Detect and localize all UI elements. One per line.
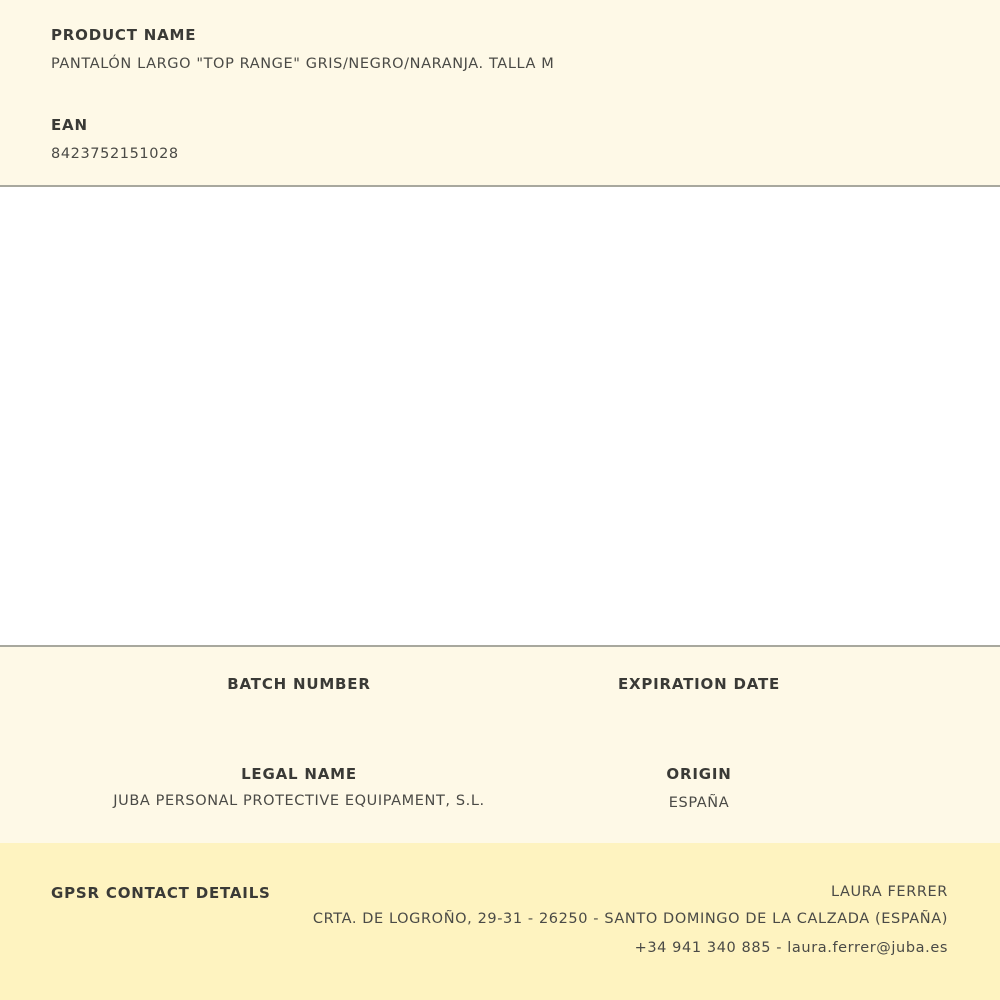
gpsr-address: CRTA. DE LOGROÑO, 29-31 - 26250 - SANTO … [313,911,948,927]
product-name-label: PRODUCT NAME [51,26,196,44]
legal-name-value: JUBA PERSONAL PROTECTIVE EQUIPAMENT, S.L… [113,793,485,809]
info-section: BATCH NUMBER EXPIRATION DATE LEGAL NAME … [0,645,1000,845]
gpsr-phone-email: +34 941 340 885 - laura.ferrer@juba.es [635,940,948,956]
ean-label: EAN [51,116,88,134]
expiration-date-label: EXPIRATION DATE [618,675,780,693]
batch-number-label: BATCH NUMBER [227,675,370,693]
product-name-value: PANTALÓN LARGO "TOP RANGE" GRIS/NEGRO/NA… [51,56,554,72]
ean-value: 8423752151028 [51,146,179,162]
origin-value: ESPAÑA [669,795,729,811]
image-area [0,187,1000,645]
gpsr-contact-name: LAURA FERRER [831,884,948,900]
product-section: PRODUCT NAME PANTALÓN LARGO "TOP RANGE" … [0,0,1000,187]
gpsr-label: GPSR CONTACT DETAILS [51,884,271,902]
origin-label: ORIGIN [666,765,731,783]
gpsr-section: GPSR CONTACT DETAILS LAURA FERRER CRTA. … [0,843,1000,1000]
legal-name-label: LEGAL NAME [241,765,357,783]
